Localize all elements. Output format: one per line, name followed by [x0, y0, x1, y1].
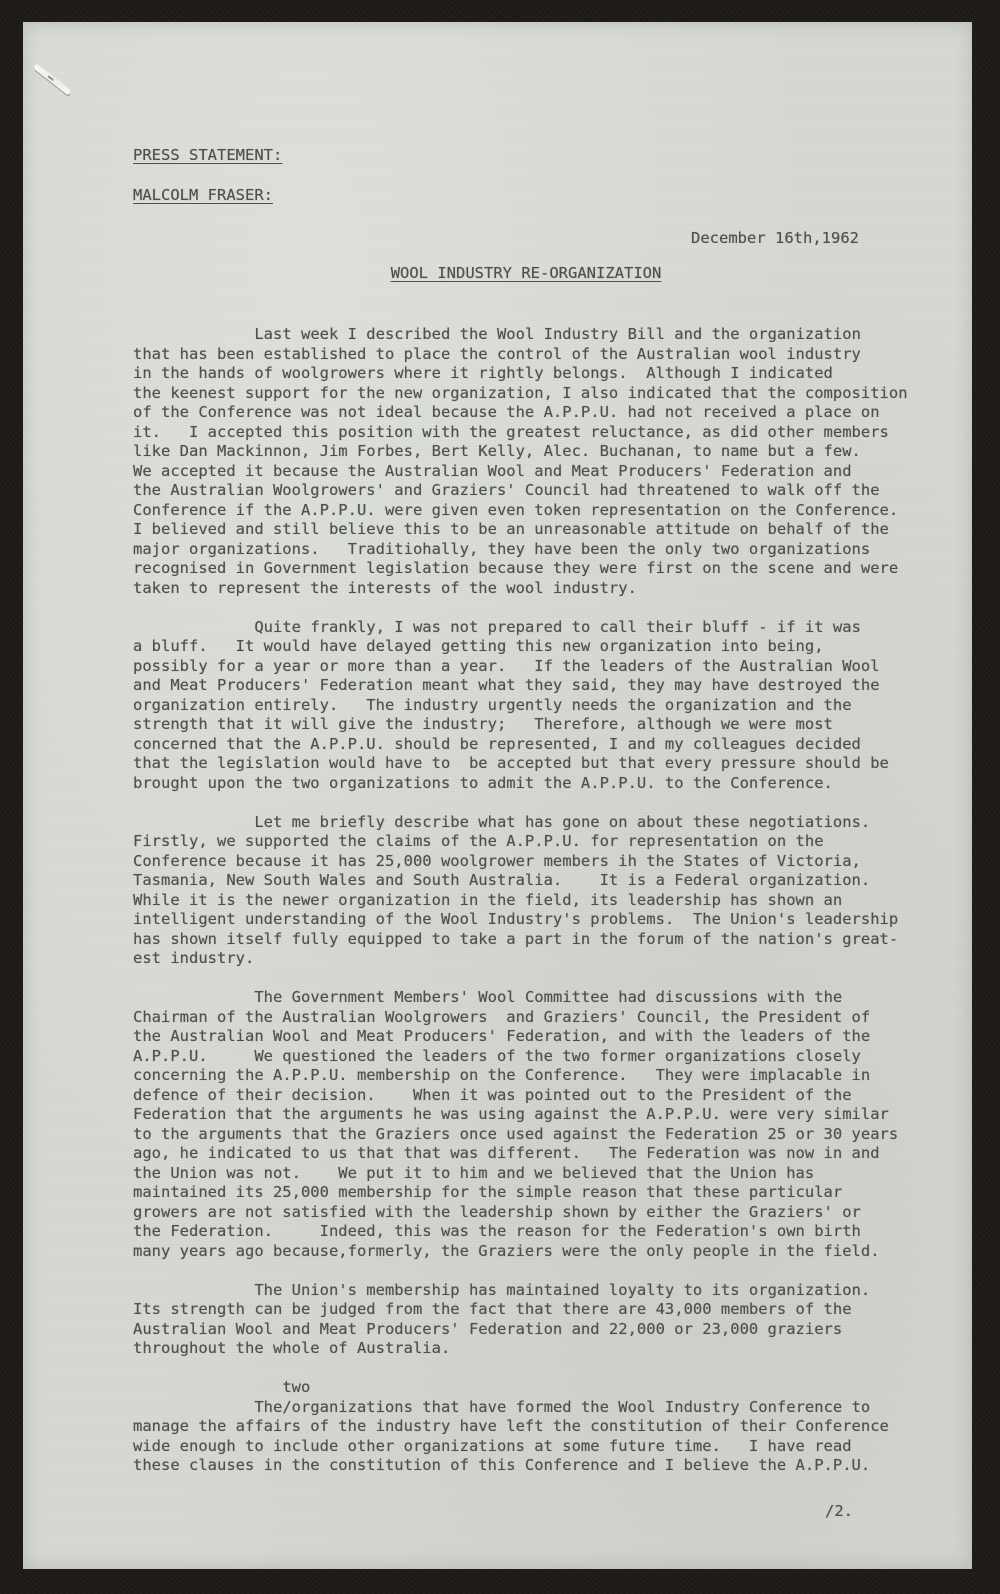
paragraph-3: Let me briefly describe what has gone on…: [133, 813, 951, 969]
document-title: WOOL INDUSTRY RE-ORGANIZATION: [117, 264, 935, 284]
author-text: MALCOLM FRASER:: [133, 186, 273, 204]
document-page: PRESS STATEMENT: MALCOLM FRASER: Decembe…: [23, 22, 972, 1569]
document-body: Last week I described the Wool Industry …: [133, 325, 951, 1476]
press-statement-text: PRESS STATEMENT:: [133, 146, 282, 164]
paragraph-4: The Government Members' Wool Committee h…: [133, 988, 951, 1261]
paragraph-2: Quite frankly, I was not prepared to cal…: [133, 618, 951, 794]
paragraph-6-with-insertion: two The/organizations that have formed t…: [133, 1378, 951, 1476]
press-statement-label: PRESS STATEMENT:: [133, 146, 951, 166]
date-line: December 16th,1962: [133, 229, 951, 249]
author-label: MALCOLM FRASER:: [133, 186, 951, 206]
staple-tear-mark: [33, 65, 71, 96]
scan-background: { "scan": { "background_color": "#1d1915…: [0, 0, 1000, 1594]
paragraph-1: Last week I described the Wool Industry …: [133, 325, 951, 598]
page-number: /2.: [825, 1502, 853, 1522]
paragraph-5: The Union's membership has maintained lo…: [133, 1281, 951, 1359]
text-column: PRESS STATEMENT: MALCOLM FRASER: Decembe…: [133, 22, 951, 1476]
document-title-text: WOOL INDUSTRY RE-ORGANIZATION: [391, 264, 662, 282]
